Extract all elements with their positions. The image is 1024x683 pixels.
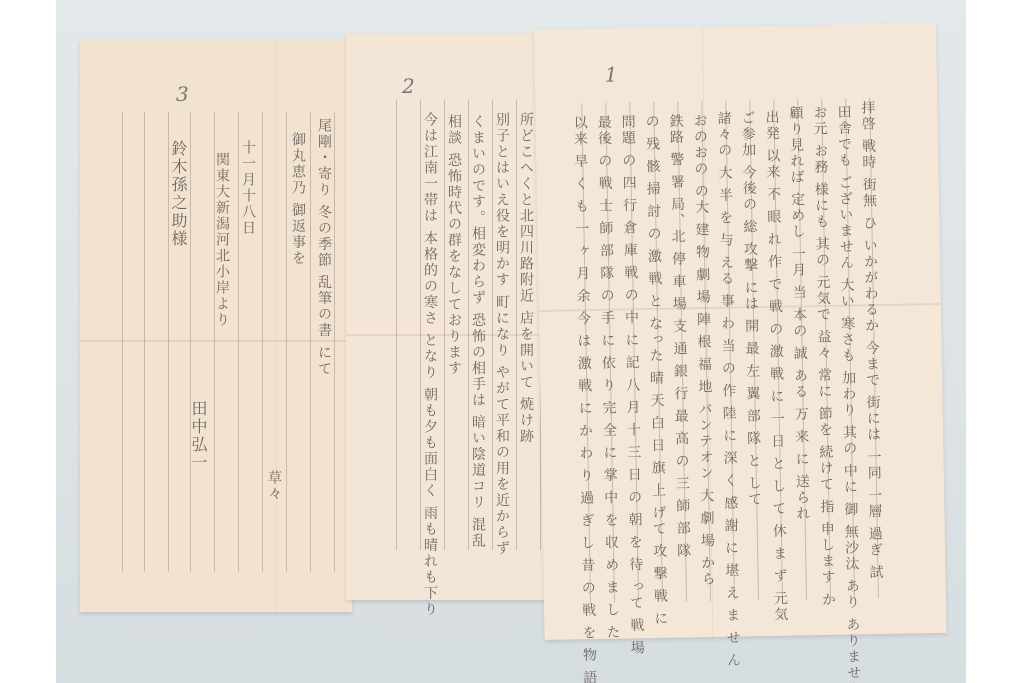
page-number: 1 <box>605 63 618 87</box>
ruled-lines <box>122 112 342 572</box>
text-column: 十一月十八日 <box>240 140 256 200</box>
text-column: 所どこへくと北四川路附近 店を開いて 焼け跡 <box>518 112 534 572</box>
signature: 田中弘一 <box>190 400 206 520</box>
page-number: 3 <box>176 82 189 106</box>
text-column: 関東大新潟河北小岸より <box>214 152 230 312</box>
text-column: 御丸恵乃 御返事を <box>290 132 306 302</box>
text-column: 相談 恐怖時代の群をなしております <box>446 114 462 414</box>
photo-background: 3 尾剛・寄り 冬の季節 乱筆の書 にて 御丸恵乃 御返事を 十一月十八日 関東… <box>56 0 966 683</box>
text-column: 今は江南一帯は 本格的の寒さ となり 朝も夕も面白く 雨も晴れも下り <box>422 112 438 572</box>
letter-page-3: 3 尾剛・寄り 冬の季節 乱筆の書 にて 御丸恵乃 御返事を 十一月十八日 関東… <box>80 40 352 612</box>
text-column: 尾剛・寄り 冬の季節 乱筆の書 にて <box>316 118 332 498</box>
page-number: 2 <box>402 74 415 98</box>
letter-page-1: 1 拝啓 戦時 街無 ひ いかがわるか 今まで 街には 一同 一層 過ぎ 試 田… <box>534 23 947 640</box>
text-column: 別子とはいえ役を明かす 町になり やがて平和の用を近からず <box>494 112 510 572</box>
text-column: くまいのです。相変わらず 恐怖の相手は 暗い陰道コリ 混乱 <box>470 114 486 574</box>
closing: 草々 <box>266 470 282 510</box>
addressee: 鈴木孫之助様 <box>170 140 186 300</box>
